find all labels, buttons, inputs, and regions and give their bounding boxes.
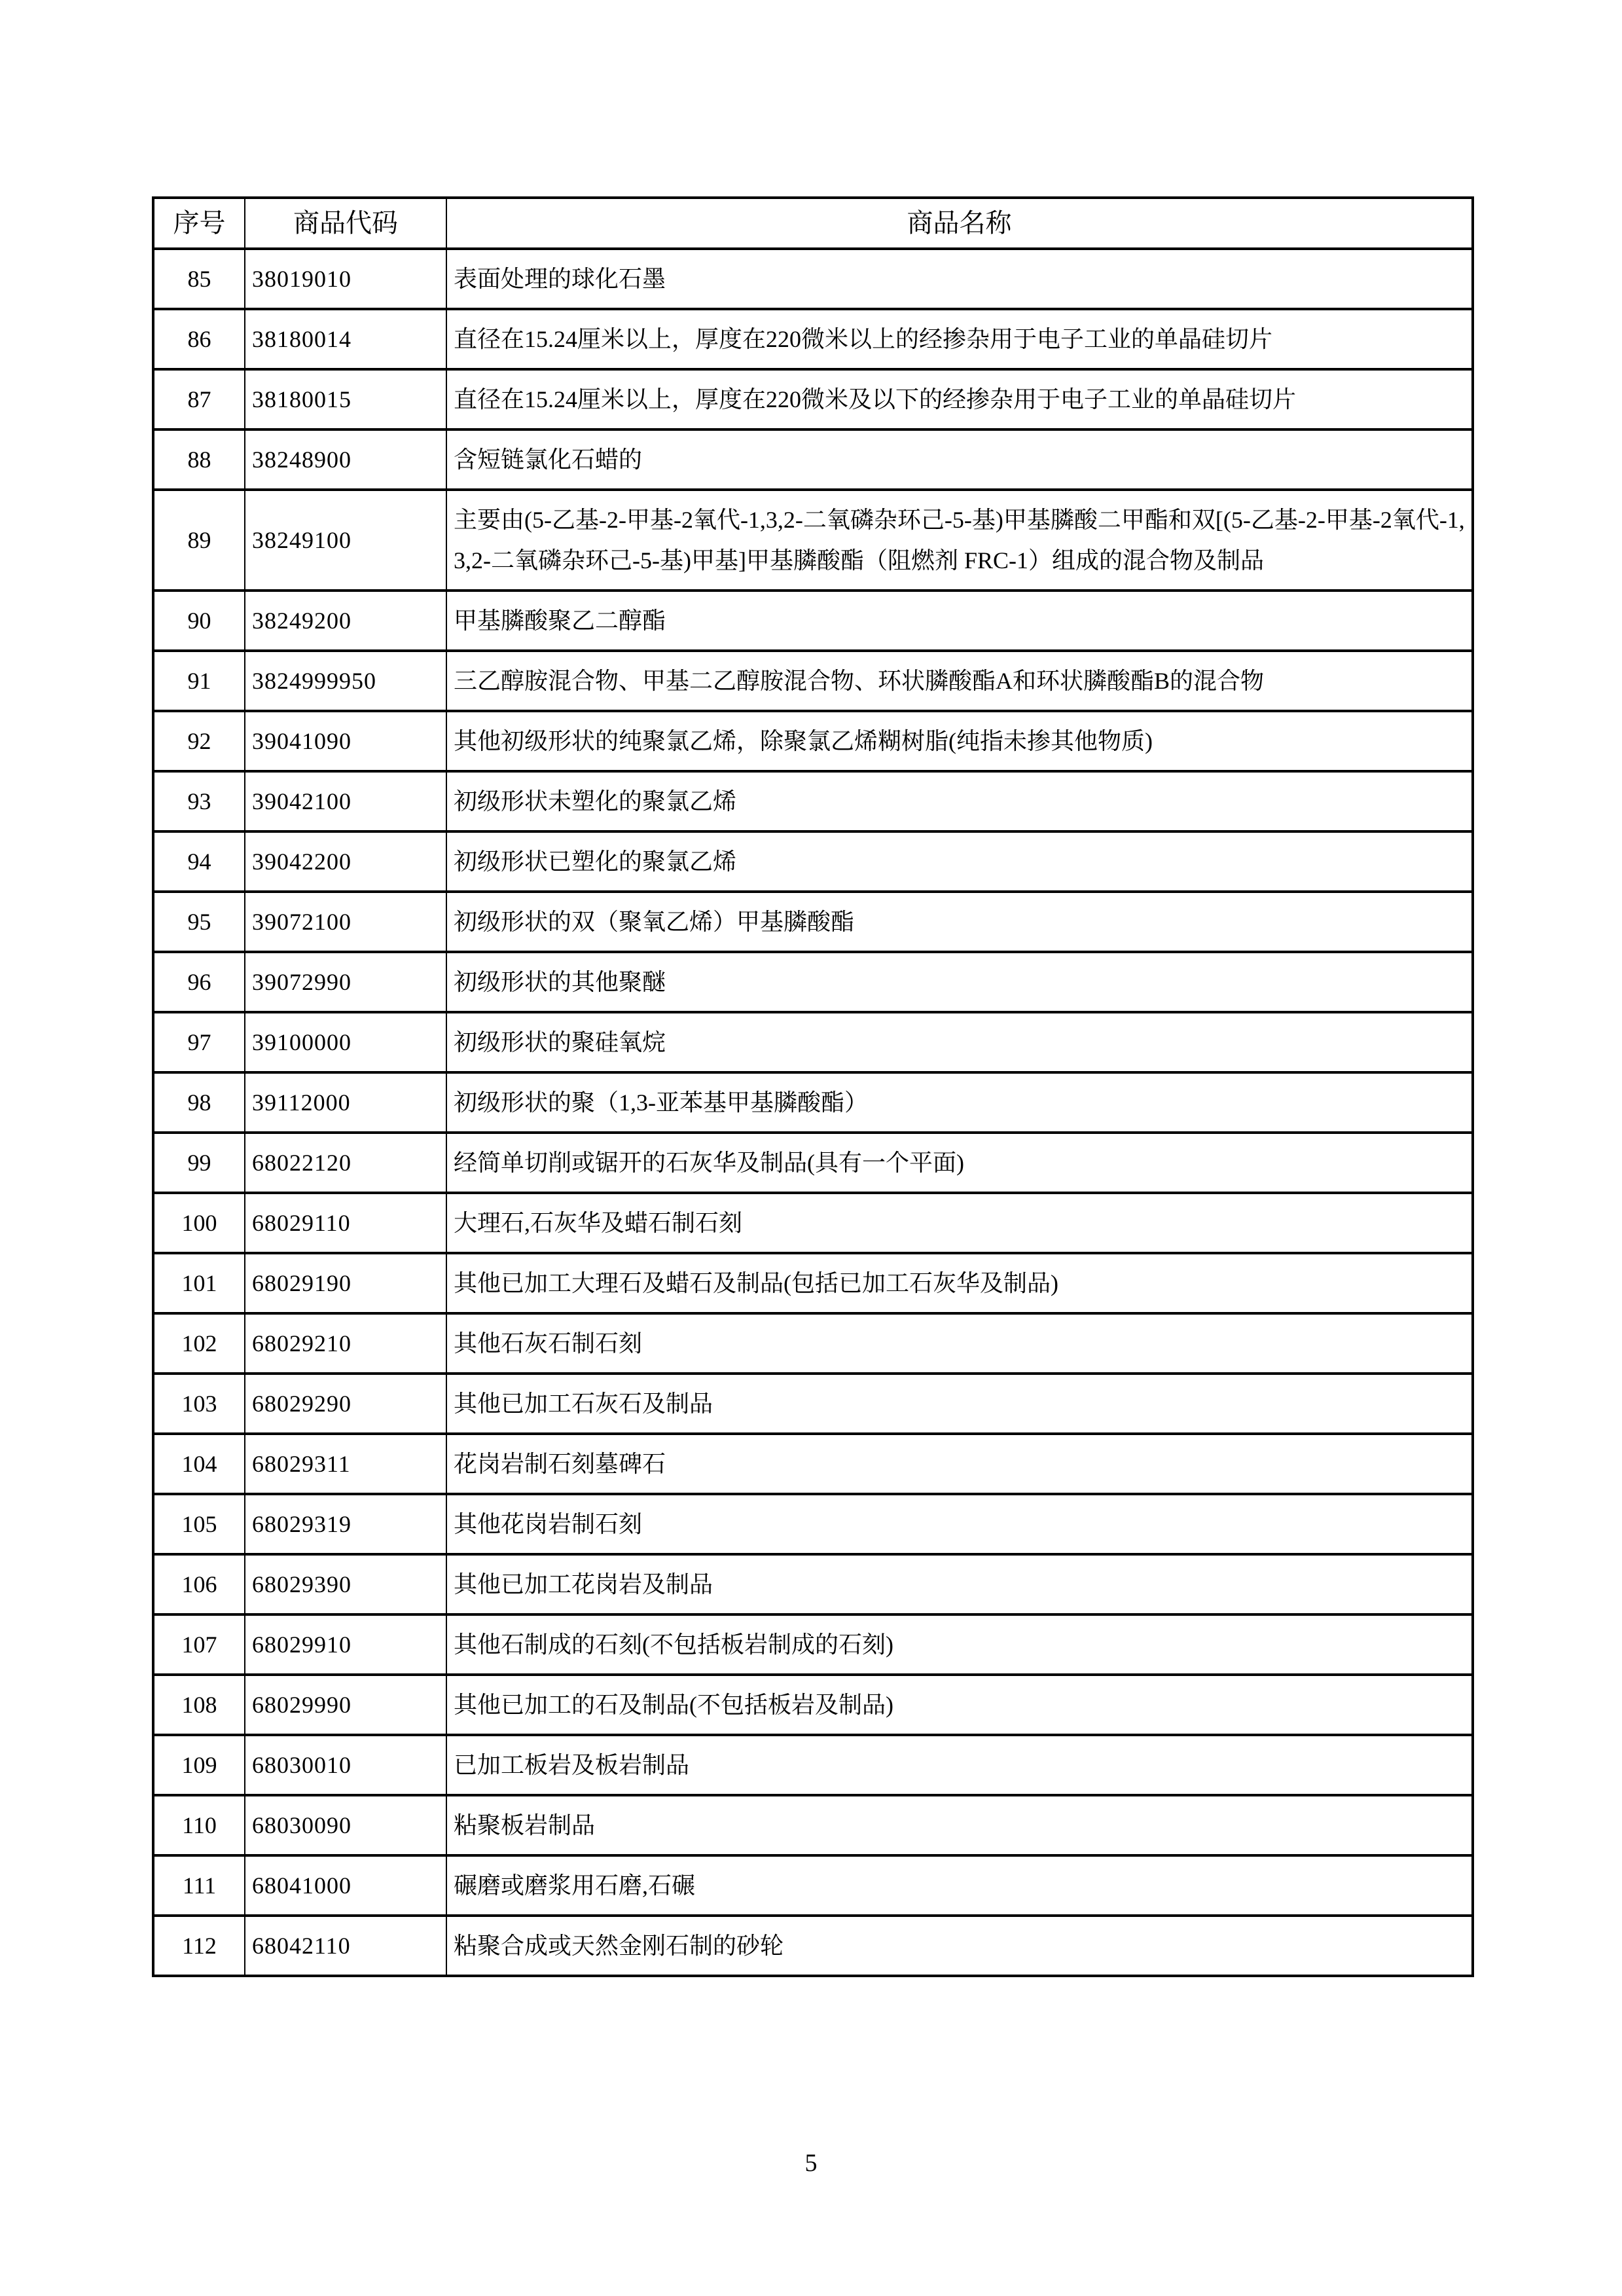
table-row: 10268029210其他石灰石制石刻 (153, 1313, 1473, 1374)
row-code-cell: 39042100 (245, 771, 446, 831)
table-row: 913824999950三乙醇胺混合物、甲基二乙醇胺混合物、环状膦酸酯A和环状膦… (153, 651, 1473, 711)
row-name-cell: 其他已加工的石及制品(不包括板岩及制品) (446, 1675, 1473, 1735)
row-index-cell: 97 (153, 1012, 245, 1072)
table-row: 10068029110大理石,石灰华及蜡石制石刻 (153, 1193, 1473, 1253)
header-col-index: 序号 (153, 198, 245, 249)
row-code-cell: 68022120 (245, 1133, 446, 1193)
row-index-cell: 98 (153, 1072, 245, 1133)
row-code-cell: 68029290 (245, 1374, 446, 1434)
row-index-cell: 102 (153, 1313, 245, 1374)
row-name-cell: 粘聚板岩制品 (446, 1795, 1473, 1855)
row-name-cell: 其他已加工石灰石及制品 (446, 1374, 1473, 1434)
row-code-cell: 68029319 (245, 1494, 446, 1554)
row-name-cell: 初级形状的聚硅氧烷 (446, 1012, 1473, 1072)
row-code-cell: 68029990 (245, 1675, 446, 1735)
table-row: 8638180014直径在15.24厘米以上，厚度在220微米以上的经掺杂用于电… (153, 309, 1473, 369)
table-row: 9439042200初级形状已塑化的聚氯乙烯 (153, 831, 1473, 892)
row-index-cell: 86 (153, 309, 245, 369)
row-name-cell: 初级形状的其他聚醚 (446, 952, 1473, 1012)
header-col-code: 商品代码 (245, 198, 446, 249)
table-row: 10868029990其他已加工的石及制品(不包括板岩及制品) (153, 1675, 1473, 1735)
row-index-cell: 103 (153, 1374, 245, 1434)
row-code-cell: 38249200 (245, 591, 446, 651)
row-code-cell: 38019010 (245, 249, 446, 309)
row-code-cell: 3824999950 (245, 651, 446, 711)
row-code-cell: 38180015 (245, 369, 446, 429)
row-code-cell: 39100000 (245, 1012, 446, 1072)
row-code-cell: 68029910 (245, 1614, 446, 1675)
row-code-cell: 38248900 (245, 429, 446, 490)
row-code-cell: 68029311 (245, 1434, 446, 1494)
row-index-cell: 105 (153, 1494, 245, 1554)
row-index-cell: 104 (153, 1434, 245, 1494)
row-index-cell: 88 (153, 429, 245, 490)
row-index-cell: 87 (153, 369, 245, 429)
row-code-cell: 68029390 (245, 1554, 446, 1614)
row-name-cell: 主要由(5-乙基-2-甲基-2氧代-1,3,2-二氧磷杂环己-5-基)甲基膦酸二… (446, 490, 1473, 591)
row-index-cell: 94 (153, 831, 245, 892)
row-index-cell: 112 (153, 1916, 245, 1976)
row-name-cell: 其他花岗岩制石刻 (446, 1494, 1473, 1554)
table-row: 10768029910其他石制成的石刻(不包括板岩制成的石刻) (153, 1614, 1473, 1675)
row-code-cell: 38249100 (245, 490, 446, 591)
row-name-cell: 其他已加工花岗岩及制品 (446, 1554, 1473, 1614)
row-index-cell: 108 (153, 1675, 245, 1735)
row-code-cell: 68029210 (245, 1313, 446, 1374)
row-index-cell: 107 (153, 1614, 245, 1675)
row-name-cell: 其他石制成的石刻(不包括板岩制成的石刻) (446, 1614, 1473, 1675)
table-row: 11068030090粘聚板岩制品 (153, 1795, 1473, 1855)
table-row: 9839112000初级形状的聚（1,3-亚苯基甲基膦酸酯） (153, 1072, 1473, 1133)
row-name-cell: 表面处理的球化石墨 (446, 249, 1473, 309)
row-name-cell: 甲基膦酸聚乙二醇酯 (446, 591, 1473, 651)
row-index-cell: 111 (153, 1855, 245, 1916)
row-index-cell: 90 (153, 591, 245, 651)
table-row: 9339042100初级形状未塑化的聚氯乙烯 (153, 771, 1473, 831)
table-header: 序号 商品代码 商品名称 (153, 198, 1473, 249)
row-index-cell: 99 (153, 1133, 245, 1193)
table-row: 10168029190其他已加工大理石及蜡石及制品(包括已加工石灰华及制品) (153, 1253, 1473, 1313)
table-row: 8938249100主要由(5-乙基-2-甲基-2氧代-1,3,2-二氧磷杂环己… (153, 490, 1473, 591)
row-code-cell: 39072100 (245, 892, 446, 952)
table-row: 10668029390其他已加工花岗岩及制品 (153, 1554, 1473, 1614)
row-index-cell: 95 (153, 892, 245, 952)
row-name-cell: 初级形状的聚（1,3-亚苯基甲基膦酸酯） (446, 1072, 1473, 1133)
row-code-cell: 68030010 (245, 1735, 446, 1795)
row-index-cell: 109 (153, 1735, 245, 1795)
row-code-cell: 68042110 (245, 1916, 446, 1976)
table-row: 11168041000碾磨或磨浆用石磨,石碾 (153, 1855, 1473, 1916)
row-index-cell: 110 (153, 1795, 245, 1855)
row-name-cell: 初级形状未塑化的聚氯乙烯 (446, 771, 1473, 831)
row-name-cell: 直径在15.24厘米以上，厚度在220微米及以下的经掺杂用于电子工业的单晶硅切片 (446, 369, 1473, 429)
table-row: 10968030010已加工板岩及板岩制品 (153, 1735, 1473, 1795)
row-index-cell: 101 (153, 1253, 245, 1313)
table-row: 8538019010表面处理的球化石墨 (153, 249, 1473, 309)
row-index-cell: 96 (153, 952, 245, 1012)
table-body: 8538019010表面处理的球化石墨8638180014直径在15.24厘米以… (153, 249, 1473, 1976)
row-index-cell: 106 (153, 1554, 245, 1614)
row-code-cell: 39072990 (245, 952, 446, 1012)
table-row: 9968022120经简单切削或锯开的石灰华及制品(具有一个平面) (153, 1133, 1473, 1193)
row-name-cell: 含短链氯化石蜡的 (446, 429, 1473, 490)
row-name-cell: 已加工板岩及板岩制品 (446, 1735, 1473, 1795)
table-row: 9239041090其他初级形状的纯聚氯乙烯，除聚氯乙烯糊树脂(纯指未掺其他物质… (153, 711, 1473, 771)
row-code-cell: 68029110 (245, 1193, 446, 1253)
header-col-name: 商品名称 (446, 198, 1473, 249)
page-number: 5 (0, 2149, 1622, 2178)
row-name-cell: 花岗岩制石刻墓碑石 (446, 1434, 1473, 1494)
row-code-cell: 39112000 (245, 1072, 446, 1133)
row-name-cell: 初级形状的双（聚氧乙烯）甲基膦酸酯 (446, 892, 1473, 952)
header-row: 序号 商品代码 商品名称 (153, 198, 1473, 249)
document-page: 序号 商品代码 商品名称 8538019010表面处理的球化石墨86381800… (0, 0, 1622, 2296)
row-code-cell: 68029190 (245, 1253, 446, 1313)
table-row: 8738180015直径在15.24厘米以上，厚度在220微米及以下的经掺杂用于… (153, 369, 1473, 429)
row-code-cell: 38180014 (245, 309, 446, 369)
row-index-cell: 91 (153, 651, 245, 711)
table-row: 8838248900含短链氯化石蜡的 (153, 429, 1473, 490)
commodity-table: 序号 商品代码 商品名称 8538019010表面处理的球化石墨86381800… (152, 196, 1474, 1977)
table-row: 9539072100初级形状的双（聚氧乙烯）甲基膦酸酯 (153, 892, 1473, 952)
row-name-cell: 碾磨或磨浆用石磨,石碾 (446, 1855, 1473, 1916)
row-name-cell: 其他初级形状的纯聚氯乙烯，除聚氯乙烯糊树脂(纯指未掺其他物质) (446, 711, 1473, 771)
table-row: 11268042110粘聚合成或天然金刚石制的砂轮 (153, 1916, 1473, 1976)
table-row: 10368029290其他已加工石灰石及制品 (153, 1374, 1473, 1434)
row-index-cell: 93 (153, 771, 245, 831)
row-code-cell: 39042200 (245, 831, 446, 892)
row-code-cell: 68041000 (245, 1855, 446, 1916)
row-index-cell: 92 (153, 711, 245, 771)
row-name-cell: 其他已加工大理石及蜡石及制品(包括已加工石灰华及制品) (446, 1253, 1473, 1313)
table-row: 9639072990初级形状的其他聚醚 (153, 952, 1473, 1012)
row-index-cell: 85 (153, 249, 245, 309)
row-name-cell: 初级形状已塑化的聚氯乙烯 (446, 831, 1473, 892)
row-index-cell: 89 (153, 490, 245, 591)
table-row: 9038249200甲基膦酸聚乙二醇酯 (153, 591, 1473, 651)
row-name-cell: 经简单切削或锯开的石灰华及制品(具有一个平面) (446, 1133, 1473, 1193)
row-index-cell: 100 (153, 1193, 245, 1253)
row-code-cell: 68030090 (245, 1795, 446, 1855)
row-name-cell: 其他石灰石制石刻 (446, 1313, 1473, 1374)
row-code-cell: 39041090 (245, 711, 446, 771)
row-name-cell: 粘聚合成或天然金刚石制的砂轮 (446, 1916, 1473, 1976)
table-row: 9739100000初级形状的聚硅氧烷 (153, 1012, 1473, 1072)
table-row: 10568029319其他花岗岩制石刻 (153, 1494, 1473, 1554)
row-name-cell: 三乙醇胺混合物、甲基二乙醇胺混合物、环状膦酸酯A和环状膦酸酯B的混合物 (446, 651, 1473, 711)
table-row: 10468029311花岗岩制石刻墓碑石 (153, 1434, 1473, 1494)
row-name-cell: 大理石,石灰华及蜡石制石刻 (446, 1193, 1473, 1253)
row-name-cell: 直径在15.24厘米以上，厚度在220微米以上的经掺杂用于电子工业的单晶硅切片 (446, 309, 1473, 369)
